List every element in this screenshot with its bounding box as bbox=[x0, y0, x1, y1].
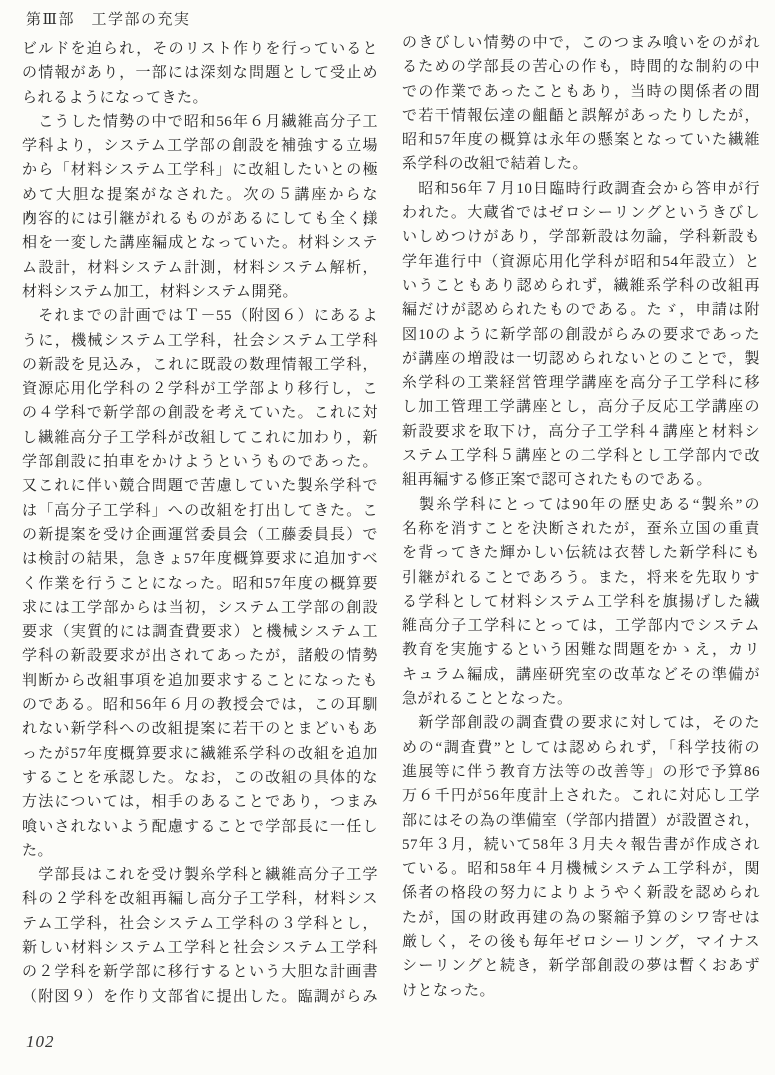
text-line: 昭和57年度の概算は永年の懸案となっていた繊維 bbox=[402, 128, 760, 152]
text-line: 学科より，システム工学部の創設を補強する立場 bbox=[22, 134, 378, 158]
text-line: こうした情勢の中で昭和56年６月繊維高分子工 bbox=[22, 110, 378, 134]
running-header: 第Ⅲ部 工学部の充実 bbox=[26, 8, 190, 29]
text-line: 新設要求を取下け，高分子工学科４講座と材料シ bbox=[402, 420, 760, 444]
text-line: 学年進行中（資源応用化学科が昭和54年設立）と bbox=[402, 250, 760, 274]
text-line: から「材料システム工学科」に改組したいとの極 bbox=[22, 158, 378, 182]
text-line: 相を一変した講座編成となっていた。材料システ bbox=[22, 231, 378, 255]
text-line: る学科として材料システム工学科を旗揚げした繊 bbox=[402, 590, 760, 614]
text-line: 学部創設に拍車をかけようというものであった。 bbox=[22, 450, 378, 474]
page-number: 102 bbox=[26, 1032, 55, 1052]
text-line: することを承認した。なお，この改組の具体的な bbox=[22, 766, 378, 790]
text-line: が講座の増設は一切認められないとのことで，製 bbox=[402, 347, 760, 371]
text-line: けとなった。 bbox=[402, 979, 760, 1003]
text-line: 科の２学科を改組再編し高分子工学科，材料シス bbox=[22, 887, 378, 911]
text-line: うに，機械システム工学科，社会システム工学科 bbox=[22, 329, 378, 353]
text-line: 厳しく，その後も毎年ゼロシーリング，マイナス bbox=[402, 930, 760, 954]
text-line: 要求（実質的には調査費要求）と機械システム工 bbox=[22, 620, 378, 644]
text-line: 57年３月，続いて58年３月夫々報告書が作成され bbox=[402, 833, 760, 857]
text-line: の情報があり，一部には深刻な問題として受止め bbox=[22, 61, 378, 85]
text-line: キュラム編成，講座研究室の改革などその準備が bbox=[402, 663, 760, 687]
text-line: で若干情報伝達の齟齬と誤解があったりしたが， bbox=[402, 104, 760, 128]
text-line: 係者の格段の努力によりようやく新設を認められ bbox=[402, 881, 760, 905]
text-line: 製糸学科にとっては90年の歴史ある“製糸”の bbox=[402, 493, 760, 517]
text-line: 組再編する修正案で認可されたものである。 bbox=[402, 468, 760, 492]
text-line: は検討の結果，急きょ57年度概算要求に追加すべ bbox=[22, 547, 378, 571]
text-line: 名称を消すことを決断されたが，蚕糸立国の重責 bbox=[402, 517, 760, 541]
text-line: 学部長はこれを受け製糸学科と繊維高分子工学 bbox=[22, 863, 378, 887]
text-line: 進展等に伴う教育方法等の改善等」の形で予算86 bbox=[402, 760, 760, 784]
text-line: 維高分子工学科にとっては，工学部内でシステム bbox=[402, 614, 760, 638]
text-line: 喰いされないよう配慮することで学部長に一任し bbox=[22, 815, 378, 839]
text-line: いうこともあり認められず，繊維系学科の改組再 bbox=[402, 274, 760, 298]
text-line: 方法については，相手のあることであり，つまみ bbox=[22, 790, 378, 814]
text-line: 新しい材料システム工学科と社会システム工学科 bbox=[22, 936, 378, 960]
text-line: た。 bbox=[22, 839, 378, 863]
text-line: の２学科を新学部に移行するという大胆な計画書 bbox=[22, 960, 378, 984]
right-column: のきびしい情勢の中で，このつまみ喰いをのがれるための学部長の苦心の作も，時間的な… bbox=[402, 31, 760, 1003]
text-line: いしめつけがあり，学部新設は勿論，学科新設も bbox=[402, 225, 760, 249]
text-line: 昭和56年７月10日臨時行政調査会から答申が行 bbox=[402, 177, 760, 201]
text-line: （附図９）を作り文部省に提出した。臨調がらみ bbox=[22, 985, 378, 1009]
text-line: ステム工学科５講座との二学科とし工学部内で改 bbox=[402, 444, 760, 468]
text-line: の４学科で新学部の創設を考えていた。これに対 bbox=[22, 401, 378, 425]
text-line: 資源応用化学科の２学科が工学部より移行し，こ bbox=[22, 377, 378, 401]
text-line: ている。昭和58年４月機械システム工学科が，関 bbox=[402, 857, 760, 881]
text-line: 部にはその為の準備室（学部内措置）が設置され， bbox=[402, 809, 760, 833]
text-line: の新提案を受け企画運営委員会（工藤委員長）で bbox=[22, 523, 378, 547]
text-line: 万６千円が56年度計上された。これに対応し工学 bbox=[402, 784, 760, 808]
text-line: めて大胆な提案がなされた。次の５講座からなり， bbox=[22, 183, 378, 207]
text-line: は「高分子工学科」への改組を打出してきた。こ bbox=[22, 499, 378, 523]
text-line: ったが57年度概算要求に繊維系学科の改組を追加 bbox=[22, 742, 378, 766]
text-line: 材料システム加工，材料システム開発。 bbox=[22, 280, 378, 304]
text-line: し加工管理工学講座とし，高分子反応工学講座の bbox=[402, 395, 760, 419]
text-line: 教育を実施するという困難な問題をかゝえ，カリ bbox=[402, 638, 760, 662]
text-line: めの“調査費”としては認められず，「科学技術の bbox=[402, 736, 760, 760]
text-line: のである。昭和56年６月の教授会では，この耳馴 bbox=[22, 693, 378, 717]
text-line: 新学部創設の調査費の要求に対しては，そのた bbox=[402, 711, 760, 735]
text-line: シーリングと続き，新学部創設の夢は暫くおあず bbox=[402, 954, 760, 978]
text-line: く作業を行うことになった。昭和57年度の概算要 bbox=[22, 572, 378, 596]
page: { "page": { "header": "第Ⅲ部 工学部の充実", "pag… bbox=[0, 0, 775, 1075]
text-line: し繊維高分子工学科が改組してこれに加わり，新 bbox=[22, 426, 378, 450]
text-line: 求には工学部からは当初，システム工学部の創設 bbox=[22, 596, 378, 620]
text-line: 学科の新設要求が出されてあったが，諸般の情勢 bbox=[22, 644, 378, 668]
left-column: ビルドを迫られ，そのリスト作りを行っているとの情報があり，一部には深刻な問題とし… bbox=[22, 37, 378, 1009]
text-line: れない新学科への改組提案に若干のとまどいもあ bbox=[22, 717, 378, 741]
text-line: 内容的には引継がれるものがあるにしても全く様 bbox=[22, 207, 378, 231]
text-line: の新設を見込み，これに既設の数理情報工学科， bbox=[22, 353, 378, 377]
text-line: ム設計，材料システム計測，材料システム解析， bbox=[22, 256, 378, 280]
text-line: 急がれることとなった。 bbox=[402, 687, 760, 711]
text-line: るための学部長の苦心の作も，時間的な制約の中 bbox=[402, 55, 760, 79]
text-line: 判断から改組事項を追加要求することになったも bbox=[22, 669, 378, 693]
text-line: たが，国の財政再建の為の緊縮予算のシワ寄せは bbox=[402, 906, 760, 930]
text-line: それまでの計画ではＴ－55（附図６）にあるよ bbox=[22, 304, 378, 328]
text-line: のきびしい情勢の中で，このつまみ喰いをのがれ bbox=[402, 31, 760, 55]
text-line: での作業であったこともあり，当時の関係者の間 bbox=[402, 80, 760, 104]
text-line: られるようになってきた。 bbox=[22, 86, 378, 110]
text-line: 系学科の改組で結着した。 bbox=[402, 152, 760, 176]
text-line: を背ってきた輝かしい伝統は衣替した新学科にも bbox=[402, 541, 760, 565]
text-line: ビルドを迫られ，そのリスト作りを行っていると bbox=[22, 37, 378, 61]
text-line: 糸学科の工業経営管理学講座を高分子工学科に移 bbox=[402, 371, 760, 395]
text-line: テム工学科，社会システム工学科の３学科とし， bbox=[22, 912, 378, 936]
text-line: われた。大蔵省ではゼロシーリングというきびし bbox=[402, 201, 760, 225]
text-line: 図10のように新学部の創設がらみの要求であった bbox=[402, 323, 760, 347]
text-line: 編だけが認められたものである。たゞ，申請は附 bbox=[402, 298, 760, 322]
text-line: 引継がれることであろう。また，将来を先取りす bbox=[402, 566, 760, 590]
text-line: 又これに伴い競合問題で苦慮していた製糸学科で bbox=[22, 474, 378, 498]
